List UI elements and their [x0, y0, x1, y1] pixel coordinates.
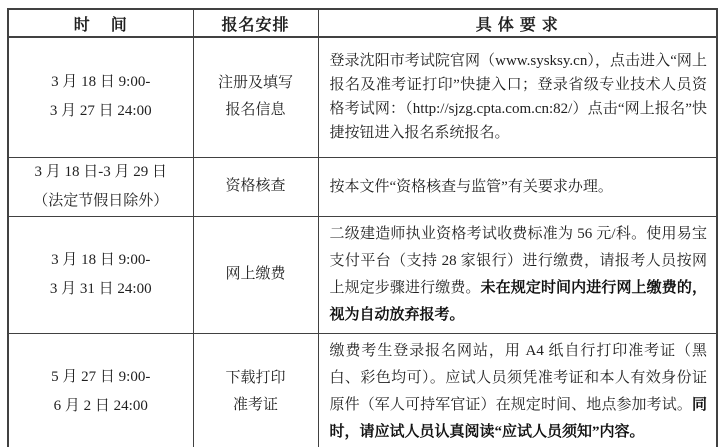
arrangement-line: 准考证 [194, 392, 318, 419]
requirement-text: 按本文件“资格核查与监管”有关要求办理。 [330, 179, 613, 195]
arrangement-line: 报名信息 [194, 97, 318, 124]
arrangement-line: 资格核查 [194, 173, 318, 200]
column-header-time: 时 间 [8, 9, 193, 37]
time-line: 6 月 2 日 24:00 [9, 392, 193, 421]
arrangement-cell: 注册及填写 报名信息 [193, 37, 318, 157]
requirement-text: 缴费考生登录报名网站，用 A4 纸自行打印准考证（黑白、彩色均可）。应试人员须凭… [330, 343, 708, 413]
time-cell: 3 月 18 日-3 月 29 日 （法定节假日除外） [8, 157, 193, 216]
document-page: 时 间 报名安排 具 体 要 求 3 月 18 日 9:00- 3 月 27 日… [0, 0, 723, 447]
header-row: 时 间 报名安排 具 体 要 求 [8, 9, 717, 37]
time-line: 3 月 27 日 24:00 [9, 97, 193, 126]
time-line: 3 月 31 日 24:00 [9, 275, 193, 304]
arrangement-cell: 网上缴费 [193, 216, 318, 333]
requirements-cell: 缴费考生登录报名网站，用 A4 纸自行打印准考证（黑白、彩色均可）。应试人员须凭… [318, 333, 717, 447]
column-header-arrangement: 报名安排 [193, 9, 318, 37]
time-cell: 5 月 27 日 9:00- 6 月 2 日 24:00 [8, 333, 193, 447]
requirements-cell: 二级建造师执业资格考试收费标准为 56 元/科。使用易宝支付平台（支持 28 家… [318, 216, 717, 333]
arrangement-line: 下载打印 [194, 365, 318, 392]
column-header-requirements: 具 体 要 求 [318, 9, 717, 37]
arrangement-line: 注册及填写 [194, 70, 318, 97]
time-line: 5 月 27 日 9:00- [9, 363, 193, 392]
time-cell: 3 月 18 日 9:00- 3 月 27 日 24:00 [8, 37, 193, 157]
arrangement-line: 网上缴费 [194, 261, 318, 288]
requirements-cell: 按本文件“资格核查与监管”有关要求办理。 [318, 157, 717, 216]
time-cell: 3 月 18 日 9:00- 3 月 31 日 24:00 [8, 216, 193, 333]
registration-schedule-table: 时 间 报名安排 具 体 要 求 3 月 18 日 9:00- 3 月 27 日… [7, 8, 718, 447]
table-row-register: 3 月 18 日 9:00- 3 月 27 日 24:00 注册及填写 报名信息… [8, 37, 717, 157]
time-line: 3 月 18 日 9:00- [9, 246, 193, 275]
time-line: 3 月 18 日-3 月 29 日 [9, 158, 193, 187]
requirement-text: 登录沈阳市考试院官网（www.sysksy.cn），点击进入“网上报名及准考证打… [330, 53, 708, 141]
requirements-cell: 登录沈阳市考试院官网（www.sysksy.cn），点击进入“网上报名及准考证打… [318, 37, 717, 157]
table-row-qualification-check: 3 月 18 日-3 月 29 日 （法定节假日除外） 资格核查 按本文件“资格… [8, 157, 717, 216]
arrangement-cell: 资格核查 [193, 157, 318, 216]
table-row-print-admission-ticket: 5 月 27 日 9:00- 6 月 2 日 24:00 下载打印 准考证 缴费… [8, 333, 717, 447]
arrangement-cell: 下载打印 准考证 [193, 333, 318, 447]
time-line: 3 月 18 日 9:00- [9, 68, 193, 97]
time-line: （法定节假日除外） [9, 187, 193, 216]
table-row-online-payment: 3 月 18 日 9:00- 3 月 31 日 24:00 网上缴费 二级建造师… [8, 216, 717, 333]
